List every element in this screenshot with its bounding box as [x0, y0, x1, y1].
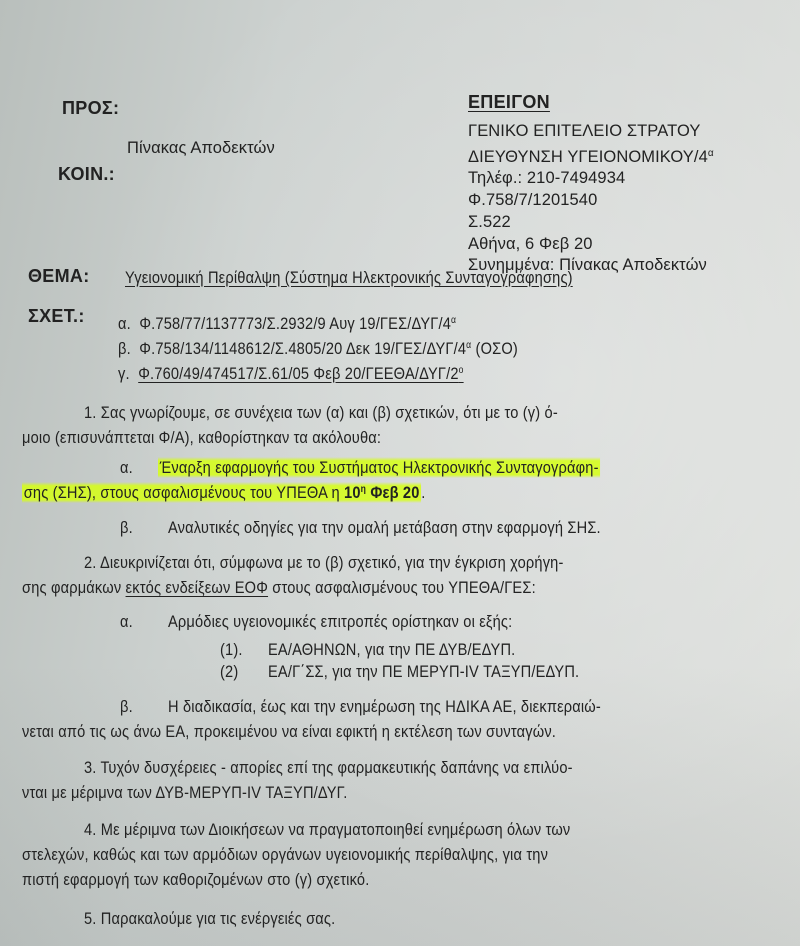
references-list: α. Φ.758/77/1137773/Σ.2932/9 Αυγ 19/ΓΕΣ/…: [118, 310, 518, 385]
paragraph-1b-text: Αναλυτικές οδηγίες για την ομαλή μετάβασ…: [168, 518, 601, 538]
urgency-label: ΕΠΕΙΓΟΝ: [468, 92, 550, 113]
paragraph-2-line-1: 2. Διευκρινίζεται ότι, σύμφωνα με το (β)…: [84, 553, 564, 573]
paragraph-4-line-1: 4. Με μέριμνα των Διοικήσεων να πραγματο…: [84, 820, 570, 840]
references-label: ΣΧΕΤ.:: [28, 306, 85, 327]
paragraph-1-line-2: μοιο (επισυνάπτεται Φ/Α), καθορίστηκαν τ…: [22, 428, 381, 448]
paragraph-1b-marker: β.: [120, 518, 133, 538]
paragraph-2-line-2: σης φαρμάκων εκτός ενδείξεων ΕΟΦ στους α…: [22, 578, 536, 598]
sender-file-number: Φ.758/7/1201540: [468, 190, 714, 212]
reference-item: β. Φ.758/134/1148612/Σ.4805/20 Δεκ 19/ΓΕ…: [118, 335, 518, 360]
paragraph-3-line-1: 3. Τυχόν δυσχέρειες - απορίες επί της φα…: [84, 758, 573, 778]
reference-item: γ. Φ.760/49/474517/Σ.61/05 Φεβ 20/ΓΕΕΘΑ/…: [118, 360, 518, 385]
sender-phone: Τηλέφ.: 210-7494934: [468, 168, 714, 190]
sender-block: ΓΕΝΙΚΟ ΕΠΙΤΕΛΕΙΟ ΣΤΡΑΤΟΥ ΔΙΕΥΘΥΝΣΗ ΥΓΕΙΟ…: [468, 121, 714, 277]
paragraph-2b-line-2: νεται από τις ως άνω ΕΑ, προκειμένου να …: [22, 722, 556, 742]
to-recipients: Πίνακας Αποδεκτών: [127, 139, 275, 158]
paragraph-3-line-2: νται με μέριμνα των ΔΥΒ-ΜΕΡΥΠ-ΙV ΤΑΞΥΠ/Δ…: [22, 783, 348, 803]
paragraph-2b-line-1: Η διαδικασία, έως και την ενημέρωση της …: [168, 697, 601, 717]
paragraph-1a-marker: α.: [120, 458, 133, 478]
paragraph-4-line-3: πιστή εφαρμογή των καθοριζομένων στο (γ)…: [22, 870, 369, 890]
committee-item-marker: (1).: [220, 640, 243, 660]
start-date: 10η Φεβ 20: [344, 483, 419, 502]
sender-line: ΔΙΕΥΘΥΝΣΗ ΥΓΕΙΟΝΟΜΙΚΟΥ/4α: [468, 143, 714, 169]
cc-label: ΚΟΙΝ.:: [58, 164, 115, 185]
sender-line: ΓΕΝΙΚΟ ΕΠΙΤΕΛΕΙΟ ΣΤΡΑΤΟΥ: [468, 121, 714, 143]
committee-item: ΕΑ/Γ΄ΣΣ, για την ΠΕ ΜΕΡΥΠ-ΙV ΤΑΞΥΠ/ΕΔΥΠ.: [268, 662, 579, 682]
paragraph-2b-marker: β.: [120, 697, 133, 717]
highlighted-text: σης (ΣΗΣ), στους ασφαλισμένους του ΥΠΕΘΑ…: [22, 482, 421, 503]
paragraph-1a-line-1: Έναρξη εφαρμογής του Συστήματος Ηλεκτρον…: [158, 458, 600, 478]
to-label: ΠΡΟΣ:: [62, 98, 119, 119]
committee-item-marker: (2): [220, 662, 238, 682]
sender-protocol: Σ.522: [468, 212, 714, 234]
paragraph-2a-text: Αρμόδιες υγειονομικές επιτροπές ορίστηκα…: [168, 612, 512, 632]
highlighted-text: Έναρξη εφαρμογής του Συστήματος Ηλεκτρον…: [158, 457, 600, 478]
sender-date: Αθήνα, 6 Φεβ 20: [468, 234, 714, 256]
paragraph-1a-line-2: σης (ΣΗΣ), στους ασφαλισμένους του ΥΠΕΘΑ…: [22, 483, 426, 503]
committee-item: ΕΑ/ΑΘΗΝΩΝ, για την ΠΕ ΔΥΒ/ΕΔΥΠ.: [268, 640, 515, 660]
subject-text: Υγειονομική Περίθαλψη (Σύστημα Ηλεκτρονι…: [125, 268, 573, 288]
paragraph-2a-marker: α.: [120, 612, 133, 632]
subject-label: ΘΕΜΑ:: [28, 266, 90, 287]
reference-item: α. Φ.758/77/1137773/Σ.2932/9 Αυγ 19/ΓΕΣ/…: [118, 310, 518, 335]
document-page: ΠΡΟΣ: Πίνακας Αποδεκτών ΚΟΙΝ.: ΕΠΕΙΓΟΝ Γ…: [0, 0, 800, 946]
paragraph-5: 5. Παρακαλούμε για τις ενέργειές σας.: [84, 909, 335, 929]
paragraph-4-line-2: στελεχών, καθώς και των αρμόδιων οργάνων…: [22, 845, 548, 865]
paragraph-1-line-1: 1. Σας γνωρίζουμε, σε συνέχεια των (α) κ…: [84, 403, 558, 423]
